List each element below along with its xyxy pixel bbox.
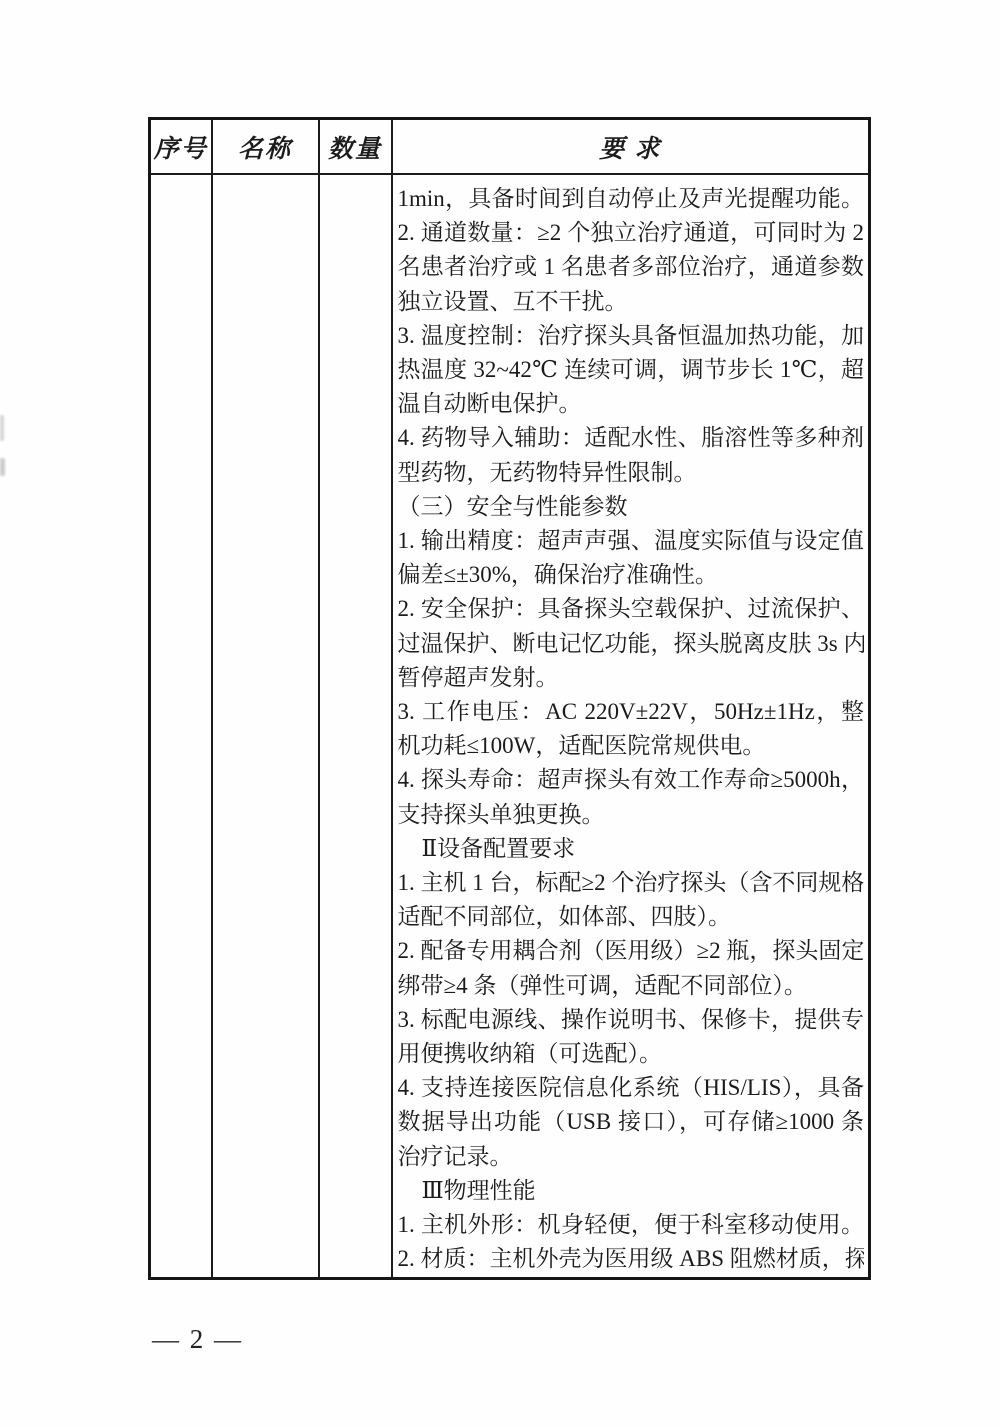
requirement-line: 适配不同部位，如体部、四肢）。 [398,900,865,934]
requirement-line: 4. 支持连接医院信息化系统（HIS/LIS），具备 [398,1071,865,1105]
requirements-text: 1min，具备时间到自动停止及声光提醒功能。2. 通道数量：≥2 个独立治疗通道… [393,175,869,1277]
requirement-line: 3. 工作电压：AC 220V±22V，50Hz±1Hz，整 [398,695,865,729]
column-header-requirements: 要 求 [392,119,870,175]
requirement-line: 1. 主机外形：机身轻便，便于科室移动使用。 [398,1208,865,1242]
requirement-line: Ⅲ物理性能 [398,1174,865,1208]
requirement-line: 1. 主机 1 台，标配≥2 个治疗探头（含不同规格 [398,866,865,900]
requirement-line: 2. 通道数量：≥2 个独立治疗通道，可同时为 2 [398,216,865,250]
requirement-line: 机功耗≤100W，适配医院常规供电。 [398,729,865,763]
requirement-line: 用便携收纳箱（可选配）。 [398,1037,865,1071]
requirement-line: 绑带≥4 条（弹性可调，适配不同部位）。 [398,969,865,1003]
cell-quantity [319,174,392,1278]
requirement-line: 过温保护、断电记忆功能，探头脱离皮肤 3s 内 [398,627,865,661]
cell-serial [150,174,212,1278]
requirement-line: （三）安全与性能参数 [398,490,865,524]
requirement-line: 1. 输出精度：超声声强、温度实际值与设定值 [398,524,865,558]
requirement-line: 热温度 32~42℃ 连续可调，调节步长 1℃，超 [398,353,865,387]
requirement-line: 2. 材质：主机外壳为医用级 ABS 阻燃材质，探 [398,1242,865,1276]
requirement-line: Ⅱ设备配置要求 [398,832,865,866]
requirement-line: 温自动断电保护。 [398,387,865,421]
scan-smudge [0,415,4,441]
column-header-serial: 序号 [150,119,212,175]
requirement-line: 2. 配备专用耦合剂（医用级）≥2 瓶，探头固定 [398,934,865,968]
cell-name [212,174,319,1278]
requirement-line: 4. 药物导入辅助：适配水性、脂溶性等多种剂 [398,421,865,455]
page-number: — 2 — [152,1324,243,1355]
requirement-line: 数据导出功能（USB 接口），可存储≥1000 条 [398,1105,865,1139]
column-header-quantity: 数量 [319,119,392,175]
requirement-line: 型药物，无药物特异性限制。 [398,456,865,490]
scan-smudge [0,458,5,476]
requirement-line: 名患者治疗或 1 名患者多部位治疗，通道参数 [398,250,865,284]
requirement-line: 2. 安全保护：具备探头空载保护、过流保护、 [398,592,865,626]
requirement-line: 4. 探头寿命：超声探头有效工作寿命≥5000h， [398,763,865,797]
requirement-line: 3. 标配电源线、操作说明书、保修卡，提供专 [398,1003,865,1037]
spec-table: 序号 名称 数量 要 求 1min，具备时间到自动停止及声光提醒功能。2. 通道… [148,117,871,1280]
requirement-line: 暂停超声发射。 [398,661,865,695]
requirement-line: 支持探头单独更换。 [398,798,865,832]
requirement-line: 3. 温度控制：治疗探头具备恒温加热功能，加 [398,319,865,353]
column-header-name: 名称 [212,119,319,175]
requirement-line: 偏差≤±30%，确保治疗准确性。 [398,558,865,592]
requirement-line: 治疗记录。 [398,1140,865,1174]
header-row: 序号 名称 数量 要 求 [150,119,870,175]
requirement-line: 独立设置、互不干扰。 [398,285,865,319]
table-row: 1min，具备时间到自动停止及声光提醒功能。2. 通道数量：≥2 个独立治疗通道… [150,174,870,1278]
document-page: 序号 名称 数量 要 求 1min，具备时间到自动停止及声光提醒功能。2. 通道… [0,0,1000,1427]
requirement-line: 1min，具备时间到自动停止及声光提醒功能。 [398,182,865,216]
cell-requirements: 1min，具备时间到自动停止及声光提醒功能。2. 通道数量：≥2 个独立治疗通道… [392,174,870,1278]
